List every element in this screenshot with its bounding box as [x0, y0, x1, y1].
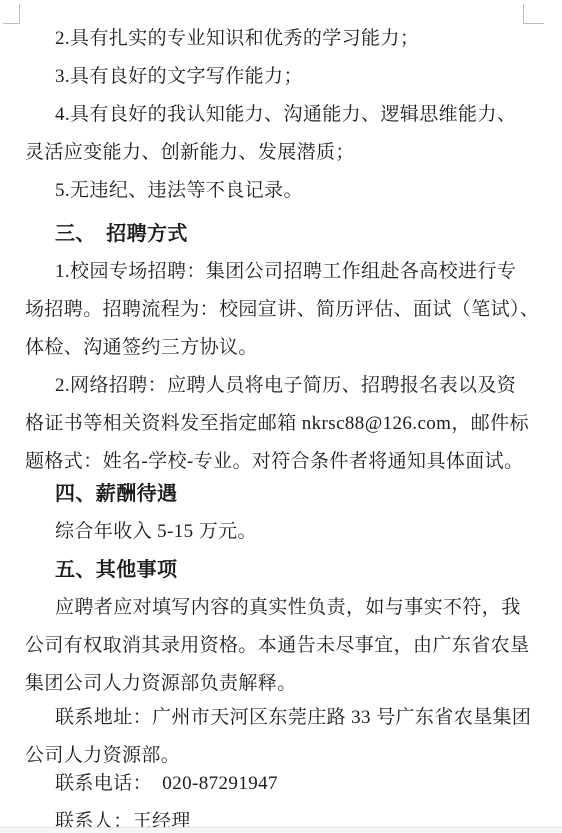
- text-line: 3.具有良好的文字写作能力；: [25, 58, 533, 96]
- text-line: 2.具有扎实的专业知识和优秀的学习能力；: [25, 20, 533, 58]
- text-line: 集团公司人力资源部负责解释。: [25, 665, 533, 703]
- page-margin-mark-top-left: [3, 4, 20, 24]
- text-line: 4.具有良好的我认知能力、沟通能力、逻辑思维能力、: [25, 96, 533, 134]
- section-heading: 五、其他事项: [25, 551, 533, 589]
- text-line: 应聘者应对填写内容的真实性负责，如与事实不符，我: [25, 589, 533, 627]
- text-line: 联系地址：广州市天河区东莞庄路 33 号广东省农垦集团: [25, 699, 533, 737]
- text-line: 综合年收入 5-15 万元。: [25, 513, 533, 551]
- document-page: { "page": { "background": "#ffffff", "te…: [0, 0, 562, 833]
- text-line: 5.无违纪、违法等不良记录。: [25, 172, 533, 210]
- section-heading: 三、 招聘方式: [25, 215, 533, 253]
- bottom-window-edge: [0, 827, 562, 833]
- text-line: 联系电话： 020-87291947: [25, 765, 533, 803]
- text-line: 2.网络招聘：应聘人员将电子简历、招聘报名表以及资: [25, 367, 533, 405]
- text-line: 1.校园专场招聘：集团公司招聘工作组赴各高校进行专: [25, 253, 533, 291]
- text-line: 场招聘。招聘流程为：校园宣讲、简历评估、面试（笔试）、: [25, 291, 533, 329]
- text-line: 体检、沟通签约三方协议。: [25, 329, 533, 367]
- document-body: 2.具有扎实的专业知识和优秀的学习能力；3.具有良好的文字写作能力；4.具有良好…: [25, 20, 533, 833]
- text-line: 格证书等相关资料发至指定邮箱 nkrsc88@126.com，邮件标: [25, 405, 533, 443]
- text-line: 灵活应变能力、创新能力、发展潜质；: [25, 134, 533, 172]
- text-line: 公司有权取消其录用资格。本通告未尽事宜，由广东省农垦: [25, 627, 533, 665]
